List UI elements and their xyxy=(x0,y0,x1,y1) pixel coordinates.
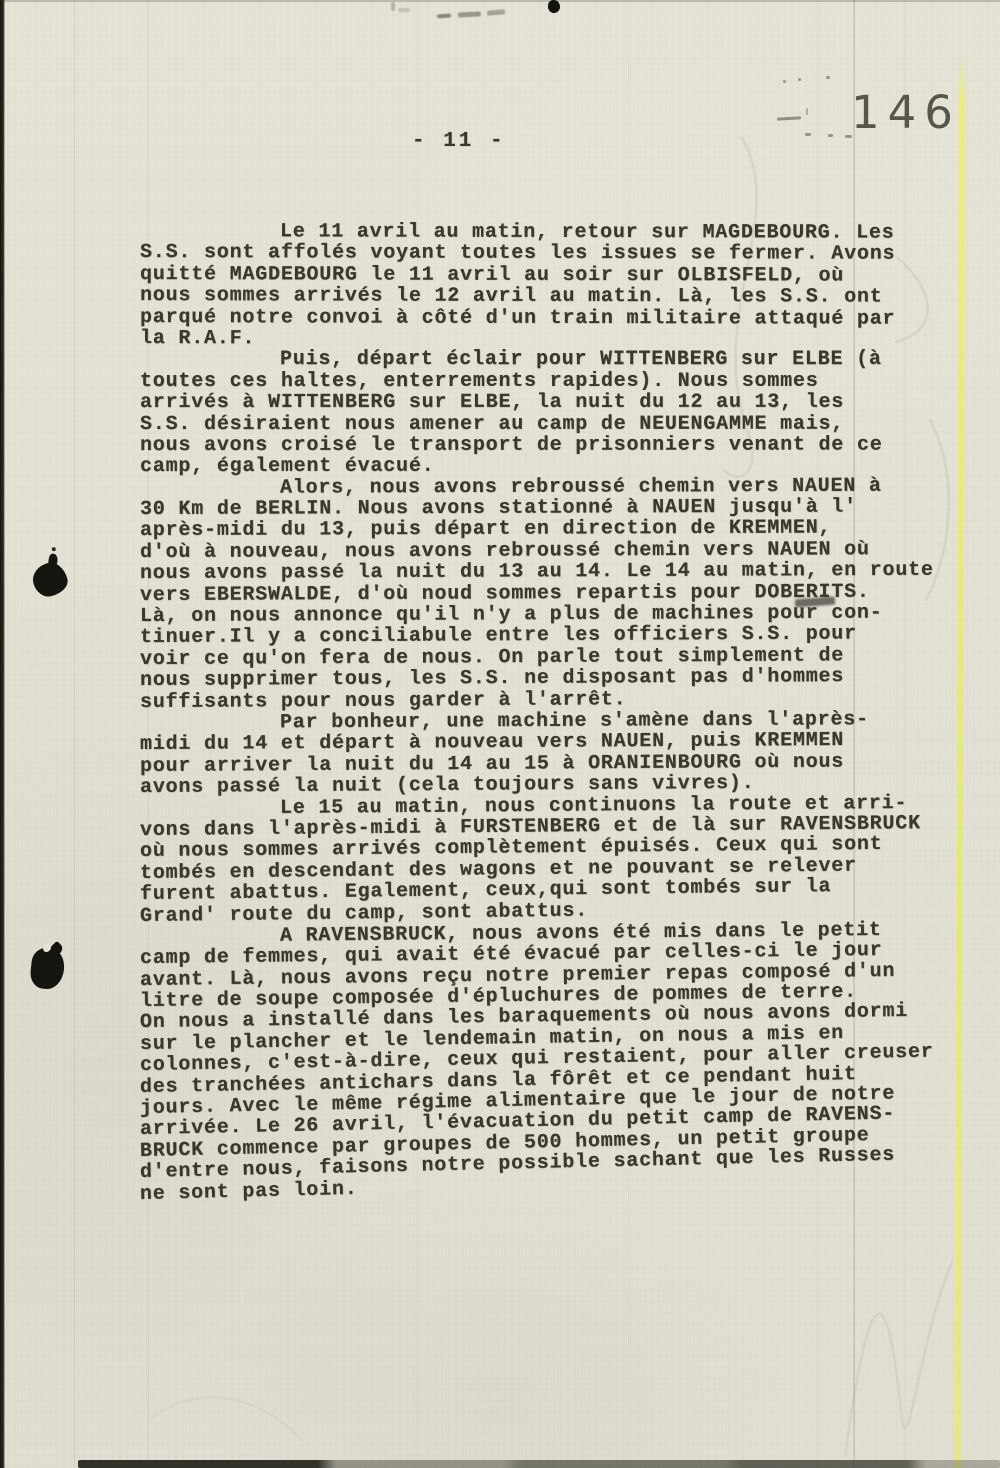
paragraph: Le 11 avril au matin, retour sur MAGDEBO… xyxy=(140,221,950,349)
text-line: nous avons croisé le transport de prison… xyxy=(140,434,950,456)
text-line: nous sommes arrivés le 12 avril au matin… xyxy=(140,285,950,308)
pencil-dot xyxy=(798,78,801,81)
pencil-dot xyxy=(828,134,833,137)
ink-blot xyxy=(29,946,66,990)
smudge-mark xyxy=(391,2,395,11)
pencil-tick xyxy=(806,108,808,115)
ink-dot xyxy=(548,0,560,13)
scanned-document-page: 146 - 11 - Le 11 avril au matin, retour … xyxy=(0,0,1000,1468)
paragraph: Le 15 au matin, nous continuons la route… xyxy=(140,799,950,927)
pencil-dot xyxy=(805,133,811,136)
pencil-dot xyxy=(826,76,830,79)
text-block: Le 11 avril au matin, retour sur MAGDEBO… xyxy=(140,221,950,1205)
text-line: Puis, départ éclair pour WITTENBERG sur … xyxy=(140,349,950,370)
fold-line xyxy=(74,0,75,1468)
page-number: - 11 - xyxy=(412,130,506,153)
text-line: arrivés à WITTENBERG sur ELBE, la nuit d… xyxy=(140,392,950,414)
paragraph: Par bonheur, une machine s'amène dans l'… xyxy=(140,713,950,799)
ink-blot xyxy=(30,559,71,599)
text-line: toutes ces haltes, enterrements rapides)… xyxy=(140,371,950,393)
text-line: S.S. désiraient nous amener au camp de N… xyxy=(140,413,950,435)
scan-edge-left xyxy=(0,0,5,1468)
paragraph: A RAVENSBRUCK, nous avons été mis dans l… xyxy=(140,927,950,1205)
scan-edge-bottom xyxy=(78,1460,1000,1468)
text-line: S.S. sont affolés voyant toutes les issu… xyxy=(140,242,950,265)
paragraph: Alors, nous avons rebroussé chemin vers … xyxy=(140,478,950,713)
pencil-dash xyxy=(777,116,801,120)
archive-stamp-number: 146 xyxy=(851,86,961,139)
pencil-dot xyxy=(783,80,786,83)
smudge-mark xyxy=(437,14,451,19)
smudge-mark xyxy=(398,8,410,12)
smudge-mark xyxy=(487,9,505,16)
scan-edge-top xyxy=(0,0,1000,2)
yellow-crease-line xyxy=(955,58,965,1468)
text-line: parqué notre convoi à côté d'un train mi… xyxy=(140,307,950,330)
paragraph: Puis, départ éclair pour WITTENBERG sur … xyxy=(140,349,950,477)
smudge-mark xyxy=(458,11,481,17)
